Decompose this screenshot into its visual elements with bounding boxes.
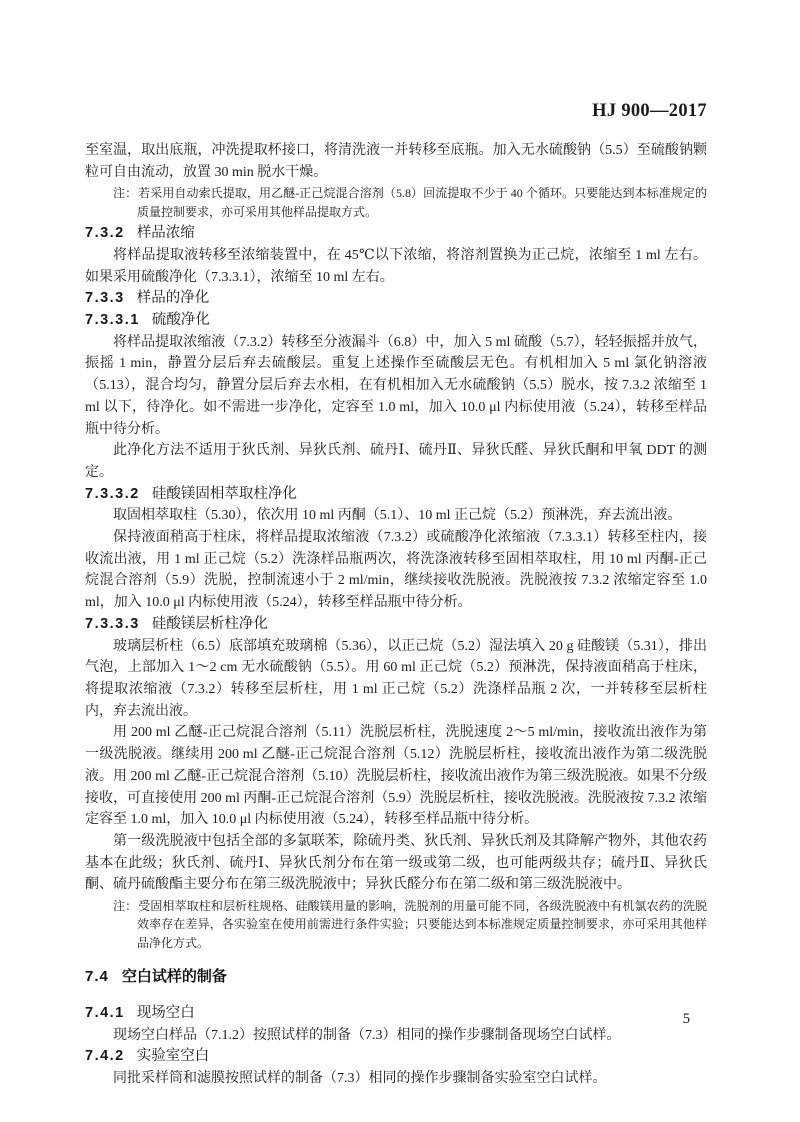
clause-heading-7.3.2: 7.3.2样品浓缩: [85, 223, 707, 245]
clause-title: 样品的净化: [137, 290, 210, 306]
body-paragraph: 将样品提取液转移至浓缩装置中，在 45℃以下浓缩，将溶剂置换为正己烷，浓缩至 1…: [85, 245, 707, 288]
body-paragraph: 第一级洗脱液中包括全部的多氯联苯，除硫丹类、狄氏剂、异狄氏剂及其降解产物外，其他…: [85, 831, 707, 896]
note: 注：若采用自动索氏提取，用乙醚-正己烷混合溶剂（5.8）回流提取不少于 40 个…: [85, 184, 707, 221]
clause-title: 实验室空白: [137, 1048, 210, 1064]
body-paragraph: 将样品提取浓缩液（7.3.2）转移至分液漏斗（6.8）中，加入 5 ml 硫酸（…: [85, 332, 707, 441]
body-paragraph: 保持液面稍高于柱床，将样品提取浓缩液（7.3.2）或硫酸净化浓缩液（7.3.3.…: [85, 527, 707, 614]
clause-number: 7.3.2: [85, 225, 125, 241]
clause-title: 空白试样的制备: [122, 968, 227, 985]
note: 注：受固相萃取柱和层析柱规格、硅酸镁用量的影响，洗脱剂的用量可能不同，各级洗脱液…: [85, 897, 707, 952]
note-text: 若采用自动索氏提取，用乙醚-正己烷混合溶剂（5.8）回流提取不少于 40 个循环…: [137, 186, 707, 218]
clause-number: 7.3.3.3: [85, 616, 140, 632]
clause-heading-7.4.1: 7.4.1现场空白: [85, 1003, 707, 1025]
standard-number-header: HJ 900—2017: [85, 101, 707, 121]
clause-heading-7.3.3.2: 7.3.3.2硅酸镁固相萃取柱净化: [85, 484, 707, 506]
document-body: 至室温，取出底瓶，冲洗提取杯接口，将清洗液一并转移至底瓶。加入无水硫酸钠（5.5…: [85, 140, 707, 1090]
clause-number: 7.3.3.2: [85, 486, 140, 502]
clause-number: 7.4.1: [85, 1005, 125, 1021]
body-paragraph: 现场空白样品（7.1.2）按照试样的制备（7.3）相同的操作步骤制备现场空白试样…: [85, 1025, 707, 1047]
body-paragraph: 至室温，取出底瓶，冲洗提取杯接口，将清洗液一并转移至底瓶。加入无水硫酸钠（5.5…: [85, 140, 707, 183]
body-paragraph: 用 200 ml 乙醚-正己烷混合溶剂（5.11）洗脱层析柱，洗脱速度 2～5 …: [85, 722, 707, 831]
clause-title: 硫酸净化: [152, 312, 210, 328]
note-label: 注：: [113, 899, 137, 913]
clause-heading-7.4: 7.4空白试样的制备: [85, 966, 707, 988]
clause-heading-7.3.3: 7.3.3样品的净化: [85, 288, 707, 310]
clause-title: 现场空白: [137, 1005, 195, 1021]
note-text: 受固相萃取柱和层析柱规格、硅酸镁用量的影响，洗脱剂的用量可能不同，各级洗脱液中有…: [137, 899, 707, 950]
clause-number: 7.4: [85, 968, 109, 985]
page-number: 5: [683, 1011, 690, 1028]
body-paragraph: 此净化方法不适用于狄氏剂、异狄氏剂、硫丹Ⅰ、硫丹Ⅱ、异狄氏醛、异狄氏酮和甲氧 D…: [85, 440, 707, 483]
clause-title: 硅酸镁层析柱净化: [152, 616, 268, 632]
document-page: HJ 900—2017 至室温，取出底瓶，冲洗提取杯接口，将清洗液一并转移至底瓶…: [0, 0, 800, 1122]
clause-number: 7.3.3: [85, 290, 125, 306]
clause-number: 7.4.2: [85, 1048, 125, 1064]
body-paragraph: 玻璃层析柱（6.5）底部填充玻璃棉（5.36），以正己烷（5.2）湿法填入 20…: [85, 636, 707, 723]
clause-heading-7.3.3.1: 7.3.3.1硫酸净化: [85, 310, 707, 332]
clause-heading-7.4.2: 7.4.2实验室空白: [85, 1046, 707, 1068]
note-label: 注：: [113, 186, 137, 200]
clause-title: 样品浓缩: [137, 225, 195, 241]
body-paragraph: 取固相萃取柱（5.30），依次用 10 ml 丙酮（5.1）、10 ml 正己烷…: [85, 505, 707, 527]
body-paragraph: 同批采样筒和滤膜按照试样的制备（7.3）相同的操作步骤制备实验室空白试样。: [85, 1068, 707, 1090]
clause-heading-7.3.3.3: 7.3.3.3硅酸镁层析柱净化: [85, 614, 707, 636]
clause-title: 硅酸镁固相萃取柱净化: [152, 486, 297, 502]
clause-number: 7.3.3.1: [85, 312, 140, 328]
